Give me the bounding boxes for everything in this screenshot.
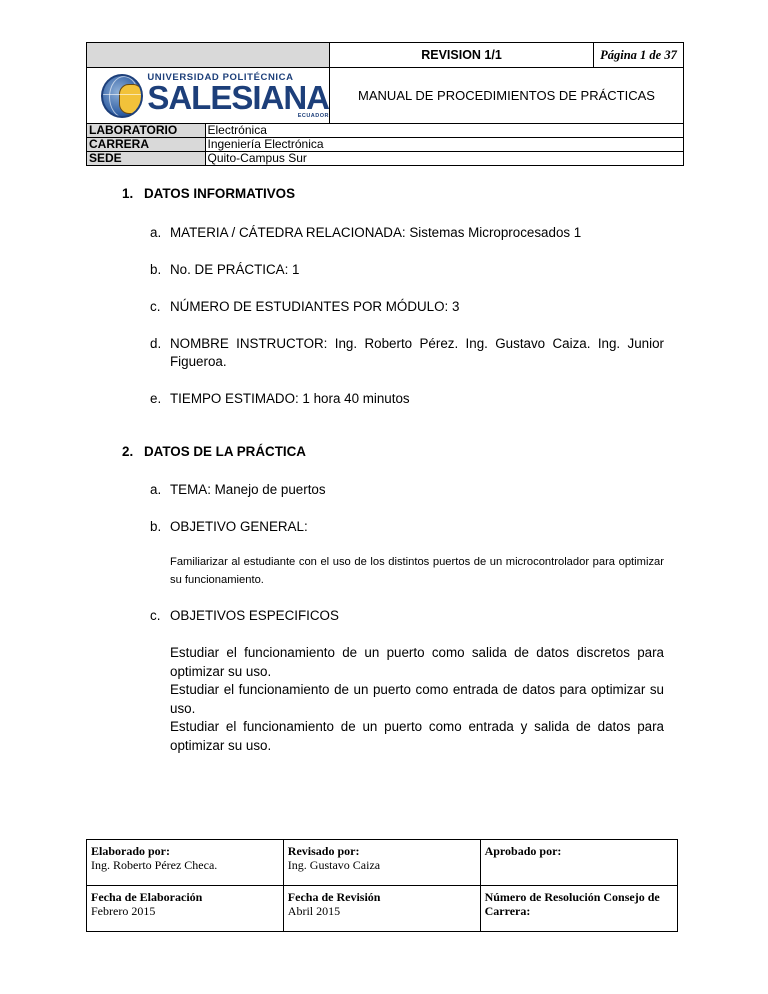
university-logo: UNIVERSIDAD POLITÉCNICA SALESIANA ECUADO… bbox=[87, 72, 329, 119]
list-item: d.NOMBRE INSTRUCTOR: Ing. Roberto Pérez.… bbox=[150, 335, 664, 371]
revision-label: REVISION 1/1 bbox=[330, 43, 594, 68]
page-number: Página 1 de 37 bbox=[594, 43, 684, 68]
header-blank-cell bbox=[87, 43, 330, 68]
objetivo-especifico: Estudiar el funcionamiento de un puerto … bbox=[170, 644, 664, 681]
footer-cell-resolucion: Número de Resolución Consejo de Carrera: bbox=[480, 886, 677, 932]
footer-cell-revisado: Revisado por:Ing. Gustavo Caiza bbox=[283, 840, 480, 886]
list-item: b.OBJETIVO GENERAL: bbox=[150, 518, 664, 536]
section-heading-2: 2.DATOS DE LA PRÁCTICA bbox=[122, 444, 306, 459]
section-heading-1: 1.DATOS INFORMATIVOS bbox=[122, 186, 295, 201]
logo-cell: UNIVERSIDAD POLITÉCNICA SALESIANA ECUADO… bbox=[87, 68, 330, 124]
list-item: c.NÚMERO DE ESTUDIANTES POR MÓDULO: 3 bbox=[150, 298, 664, 316]
objetivo-especifico: Estudiar el funcionamiento de un puerto … bbox=[170, 681, 664, 718]
footer-cell-aprobado: Aprobado por: bbox=[480, 840, 677, 886]
manual-title: MANUAL DE PROCEDIMIENTOS DE PRÁCTICAS bbox=[330, 68, 684, 124]
approval-footer-table: Elaborado por:Ing. Roberto Pérez Checa. … bbox=[86, 839, 678, 932]
info-value-sede: Quito-Campus Sur bbox=[205, 152, 683, 166]
list-item: b.No. DE PRÁCTICA: 1 bbox=[150, 261, 664, 279]
footer-cell-fecha-revision: Fecha de RevisiónAbril 2015 bbox=[283, 886, 480, 932]
info-label-carrera: CARRERA bbox=[87, 138, 205, 152]
footer-cell-fecha-elaboracion: Fecha de ElaboraciónFebrero 2015 bbox=[87, 886, 284, 932]
objetivos-especificos: Estudiar el funcionamiento de un puerto … bbox=[170, 644, 664, 755]
list-item: c.OBJETIVOS ESPECIFICOS bbox=[150, 607, 664, 625]
info-value-laboratorio: Electrónica bbox=[205, 124, 683, 138]
list-item: a.MATERIA / CÁTEDRA RELACIONADA: Sistema… bbox=[150, 224, 664, 242]
info-label-sede: SEDE bbox=[87, 152, 205, 166]
footer-cell-elaborado: Elaborado por:Ing. Roberto Pérez Checa. bbox=[87, 840, 284, 886]
objetivo-general-text: Familiarizar al estudiante con el uso de… bbox=[170, 553, 664, 589]
list-item: a.TEMA: Manejo de puertos bbox=[150, 481, 664, 499]
info-value-carrera: Ingeniería Electrónica bbox=[205, 138, 683, 152]
document-header-table: REVISION 1/1 Página 1 de 37 UNIVERSIDAD … bbox=[86, 42, 684, 166]
info-label-laboratorio: LABORATORIO bbox=[87, 124, 205, 138]
objetivo-especifico: Estudiar el funcionamiento de un puerto … bbox=[170, 718, 664, 755]
list-item: e.TIEMPO ESTIMADO: 1 hora 40 minutos bbox=[150, 390, 664, 408]
logo-line-2: SALESIANA bbox=[147, 83, 329, 113]
university-globe-logo-icon bbox=[101, 74, 143, 118]
